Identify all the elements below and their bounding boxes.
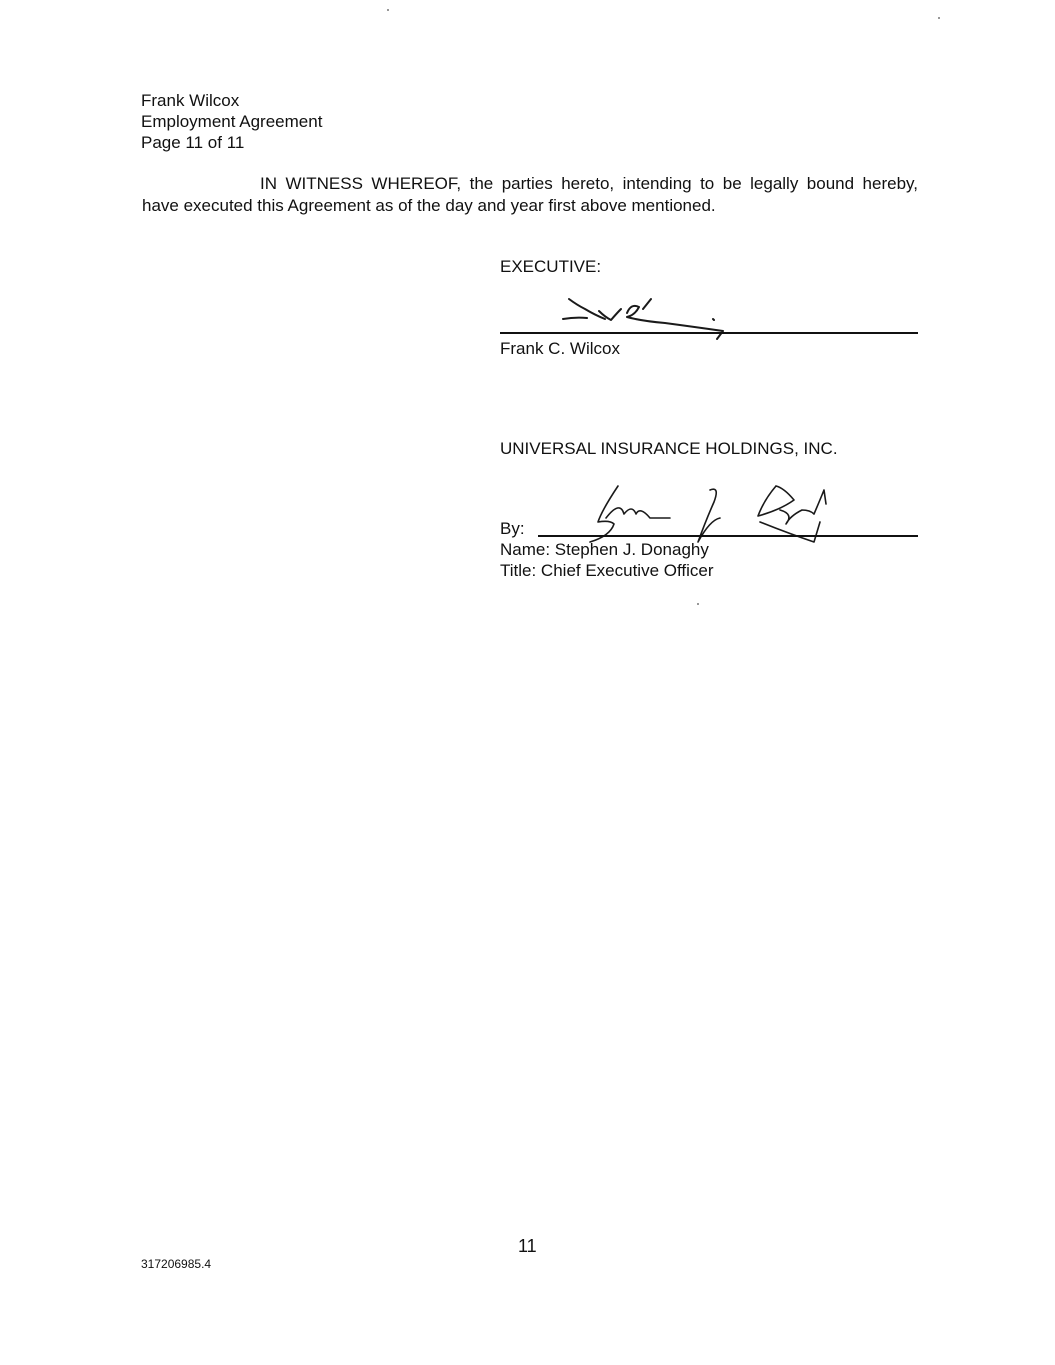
executive-signer-name: Frank C. Wilcox xyxy=(500,338,620,359)
header-name: Frank Wilcox xyxy=(141,90,322,111)
company-name: UNIVERSAL INSURANCE HOLDINGS, INC. xyxy=(500,438,838,459)
witness-paragraph: IN WITNESS WHEREOF, the parties hereto, … xyxy=(142,173,918,217)
executive-signature-line xyxy=(500,332,918,334)
header-page: Page 11 of 11 xyxy=(141,132,322,153)
company-signature-line xyxy=(538,535,918,537)
signer-title-line: Title: Chief Executive Officer xyxy=(500,560,714,581)
by-label: By: xyxy=(500,518,525,539)
scan-speck xyxy=(697,603,699,605)
scan-speck xyxy=(387,9,389,11)
document-header: Frank Wilcox Employment Agreement Page 1… xyxy=(141,90,322,153)
page-number: 11 xyxy=(518,1236,537,1257)
document-id: 317206985.4 xyxy=(141,1257,211,1271)
scan-speck xyxy=(938,17,940,19)
executive-label: EXECUTIVE: xyxy=(500,256,601,277)
header-doc-title: Employment Agreement xyxy=(141,111,322,132)
witness-text: IN WITNESS WHEREOF, the parties hereto, … xyxy=(142,174,918,215)
signer-name-line: Name: Stephen J. Donaghy xyxy=(500,539,709,560)
